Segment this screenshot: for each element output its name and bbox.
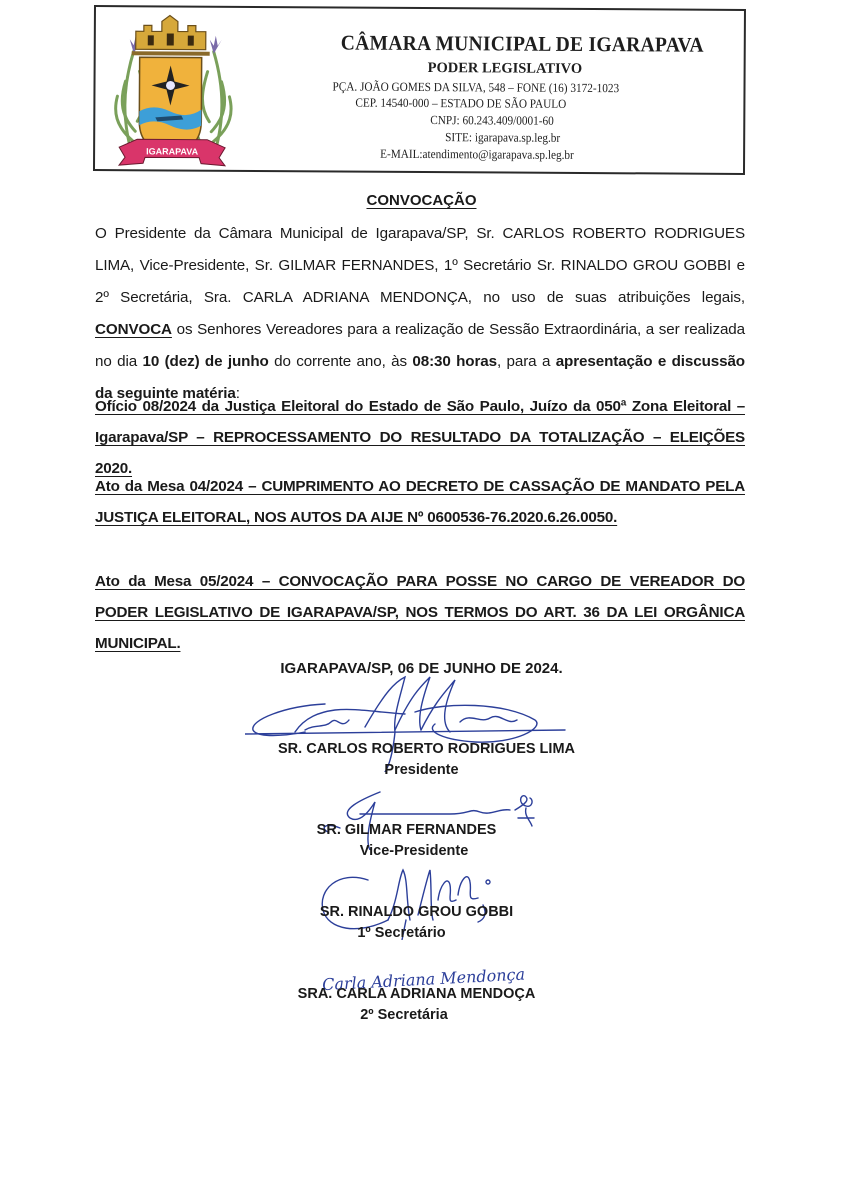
signatory-second-secretary: SRA. CARLA ADRIANA MENDOÇA 2º Secretária [0,986,843,1023]
coat-of-arms-icon: IGARAPAVA [103,11,244,172]
session-date: 10 (dez) de junho [142,353,268,370]
place-date: IGARAPAVA/SP, 06 DE JUNHO DE 2024. [0,660,843,677]
agenda-item: Ato da Mesa 04/2024 – CUMPRIMENTO AO DEC… [95,471,745,533]
signatory-role: 1º Secretário [0,925,843,941]
cnpj-line: CNPJ: 60.243.409/0001-60 [430,113,554,129]
signatory-president: SR. CARLOS ROBERTO RODRIGUES LIMA Presid… [0,741,843,778]
cep-line: CEP. 14540-000 – ESTADO DE SÃO PAULO [355,96,566,112]
body-text-4: , para a [497,353,556,370]
svg-text:IGARAPAVA: IGARAPAVA [146,146,199,156]
email-line: E-MAIL:atendimento@igarapava.sp.leg.br [380,147,574,163]
signatory-role: Vice-Presidente [0,843,843,859]
address-line: PÇA. JOÃO GOMES DA SILVA, 548 – FONE (16… [332,79,619,96]
convocation-paragraph: O Presidente da Câmara Municipal de Igar… [95,218,745,410]
convoca-keyword: CONVOCA [95,321,172,338]
letterhead-text: CÂMARA MUNICIPAL DE IGARAPAVA PODER LEGI… [255,8,736,177]
document-title: CONVOCAÇÃO [0,192,843,209]
agenda-item: Ato da Mesa 05/2024 – CONVOCAÇÃO PARA PO… [95,566,745,659]
body-text-1: O Presidente da Câmara Municipal de Igar… [95,225,745,306]
signatory-name: SR. RINALDO GROU GOBBI [0,904,843,920]
signatory-name: SRA. CARLA ADRIANA MENDOÇA [0,986,843,1002]
letterhead: IGARAPAVA CÂMARA MUNICIPAL DE IGARAPAVA … [93,5,746,175]
signatory-role: Presidente [0,762,843,778]
institution-name: CÂMARA MUNICIPAL DE IGARAPAVA [341,31,704,58]
signatory-vice-president: SR. GILMAR FERNANDES Vice-Presidente [0,822,843,859]
document-page: IGARAPAVA CÂMARA MUNICIPAL DE IGARAPAVA … [0,0,843,1202]
body-text-3: do corrente ano, às [269,353,413,370]
signatory-name: SR. GILMAR FERNANDES [0,822,843,838]
signatory-first-secretary: SR. RINALDO GROU GOBBI 1º Secretário [0,904,843,941]
site-line: SITE: igarapava.sp.leg.br [445,130,560,146]
session-time: 08:30 horas [412,353,497,370]
signatory-role: 2º Secretária [0,1007,843,1023]
signatory-name: SR. CARLOS ROBERTO RODRIGUES LIMA [0,741,843,757]
institution-subtitle: PODER LEGISLATIVO [428,60,583,78]
